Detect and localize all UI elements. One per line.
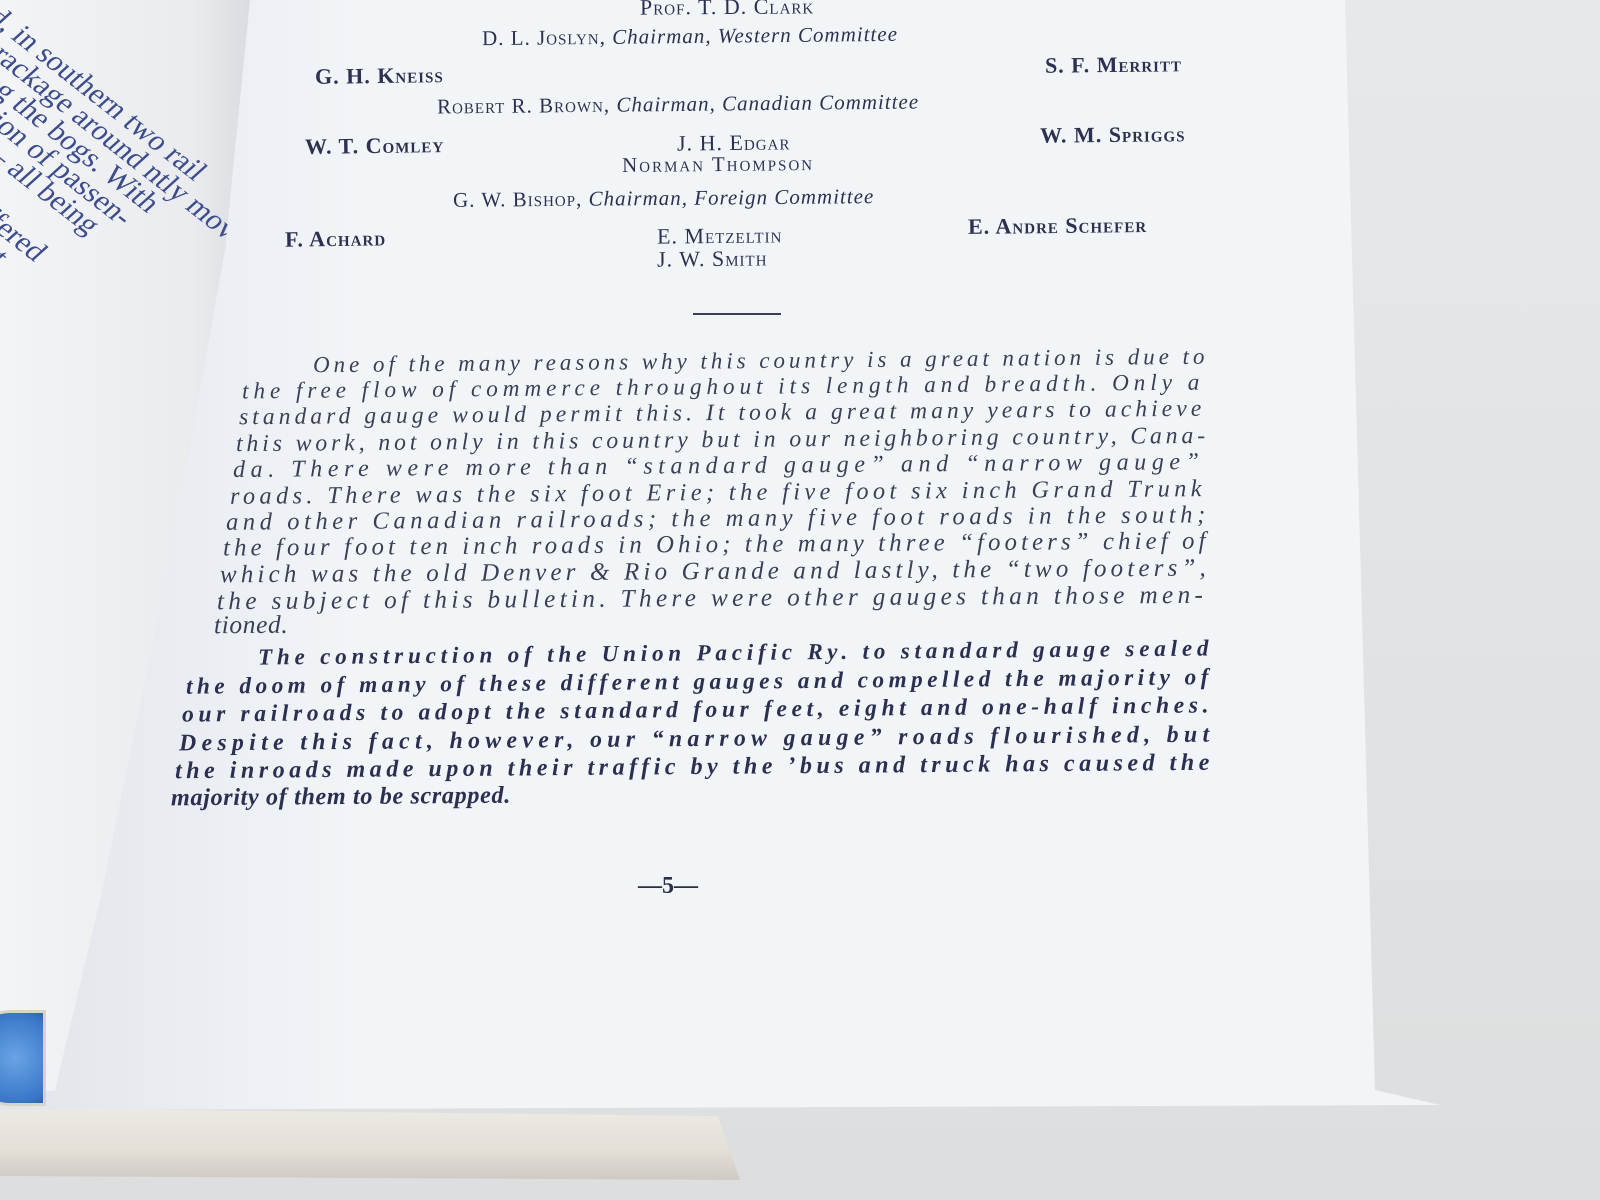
committee-top-name: Prof. T. D. Clark (640, 0, 814, 21)
foreign-member-right: E. Andre Schefer (968, 212, 1147, 240)
foreign-member-center-2: J. W. Smith (657, 245, 768, 272)
page-number: —5— (638, 873, 698, 900)
canadian-chair-title: Chairman, Canadian Committee (616, 89, 919, 116)
western-chair: D. L. Joslyn, Chairman, Western Committe… (482, 22, 898, 51)
canadian-chair-name: Robert R. Brown, (437, 93, 610, 119)
foreign-member-left: F. Achard (285, 225, 386, 252)
body-line: tioned. (214, 610, 288, 640)
blue-cover-edge (0, 1010, 46, 1106)
western-member-left: G. H. Kneiss (315, 62, 444, 90)
section-divider (693, 313, 781, 315)
body-line: the subject of this bulletin. There were… (217, 581, 1207, 616)
western-chair-name: D. L. Joslyn, (482, 25, 606, 50)
body-line: majority of them to be scrapped. (171, 781, 511, 812)
canadian-member-center-2: Norman Thompson (622, 151, 814, 178)
canadian-member-left: W. T. Comley (305, 132, 445, 160)
foreign-chair-title: Chairman, Foreign Committee (588, 184, 874, 210)
western-chair-title: Chairman, Western Committee (612, 22, 898, 49)
western-member-right: S. F. Merritt (1045, 51, 1182, 78)
canadian-member-right: W. M. Spriggs (1040, 121, 1186, 149)
foreign-chair: G. W. Bishop, Chairman, Foreign Committe… (453, 184, 875, 213)
foreign-chair-name: G. W. Bishop, (453, 187, 582, 212)
canadian-chair: Robert R. Brown, Chairman, Canadian Comm… (437, 89, 919, 119)
